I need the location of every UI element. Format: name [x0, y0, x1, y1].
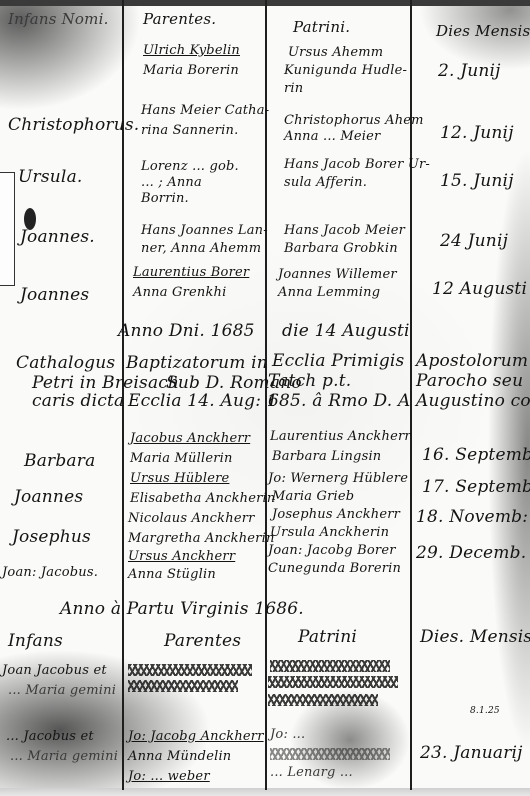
godparent-line: ... Lenarg ...	[270, 766, 353, 780]
godparent-line: Anna Lemming	[278, 286, 380, 300]
parent-line: Jacobus Anckherr	[130, 432, 250, 446]
parent-line: Nicolaus Anckherr	[128, 512, 255, 526]
parent-line: ner, Anna Ahemm	[141, 242, 261, 256]
child-name: ... Jacobus et	[6, 730, 94, 744]
godparent-line: Hans Jacob Meier	[284, 224, 405, 238]
child-name: Ursula.	[18, 168, 83, 186]
child-name: Josephus	[12, 528, 91, 546]
godparent-line: rin	[284, 82, 303, 96]
heading-fragment: Augustino consti	[416, 392, 530, 410]
struck-out-text	[128, 664, 252, 676]
header-date: Dies Mensis	[436, 24, 530, 38]
godparent-line: Joan: Jacobg Borer	[268, 544, 396, 558]
date-line: 15. Junij	[440, 172, 514, 190]
child-name: Joannes	[20, 286, 89, 304]
child-name: ... Maria gemini	[10, 750, 118, 764]
date-line: 29. Decemb.	[416, 544, 526, 562]
parent-line: Maria Borerin	[143, 64, 239, 78]
heading-fragment: Apostolorum S.	[416, 352, 530, 370]
struck-out-text	[270, 660, 390, 672]
godparent-line: Maria Grieb	[272, 490, 354, 504]
date-line: 12. Junij	[440, 124, 514, 142]
header-parents: Parentes.	[143, 12, 216, 26]
godparent-line: Christophorus Ahem	[284, 114, 424, 128]
smudged-text	[270, 748, 390, 760]
parent-line: Ursus Hüblere	[130, 472, 229, 486]
heading-fragment: Baptizatorum in	[126, 354, 268, 372]
godparent-line: Barbara Lingsin	[272, 450, 381, 464]
date-line: 2. Junij	[438, 62, 501, 80]
child-name: Barbara	[24, 452, 95, 470]
godparent-line: Jo: Wernerg Hüblere	[268, 472, 408, 486]
child-name: Joan: Jacobus.	[2, 566, 98, 580]
godparent-line: Ursus Ahemm	[288, 46, 383, 60]
parent-line: rina Sannerin.	[141, 124, 238, 138]
date-line: 24 Junij	[440, 232, 508, 250]
parent-line: Lorenz ... gob.	[141, 160, 239, 174]
godparent-line: Cunegunda Borerin	[268, 562, 401, 576]
godparent-line: Hans Jacob Borer Ur-	[284, 158, 430, 172]
child-name: Joannes	[14, 488, 83, 506]
heading-fragment: Parocho seu	[416, 372, 523, 390]
margin-note: 8.1.25	[470, 704, 500, 718]
parent-line: Anna Stüglin	[128, 568, 216, 582]
heading-year: Anno Dni. 1685	[118, 322, 255, 340]
godparent-line: Barbara Grobkin	[284, 242, 398, 256]
parent-line: Elisabetha Anckherin	[130, 492, 275, 506]
heading-fragment: Ecclia Primigis	[272, 352, 404, 370]
heading-fragment: Petri in Breisach	[32, 374, 179, 392]
parent-line: Ulrich Kybelin	[143, 44, 240, 58]
struck-out-text	[128, 680, 238, 692]
parent-line: Hans Joannes Lan-	[141, 224, 268, 238]
parent-line: Laurentius Borer	[133, 266, 249, 280]
parent-line: ... ; Anna	[141, 176, 202, 190]
godparent-line: Ursula Anckherin	[270, 526, 389, 540]
heading-fragment: caris dicta	[32, 392, 124, 410]
header-godparents: Patrini	[298, 628, 357, 646]
parent-line: Margretha Anckherin	[128, 532, 275, 546]
godparent-line: Josephus Anckherr	[272, 508, 400, 522]
date-line: 18. Novemb:	[416, 508, 528, 526]
child-name: Christophorus.	[8, 116, 139, 134]
header-date: Dies. Mensis	[420, 628, 530, 646]
child-name: ... Maria gemini	[8, 684, 116, 698]
margin-tab	[0, 172, 15, 286]
struck-out-text	[268, 676, 398, 688]
parent-line: Anna Mündelin	[128, 750, 231, 764]
parent-line: Borrin.	[141, 192, 189, 206]
godparent-line: sula Afferin.	[284, 176, 367, 190]
header-parents: Parentes	[164, 632, 241, 650]
heading-fragment: Tatch p.t.	[268, 372, 351, 390]
heading-fragment: 685. â Rmo D. A	[268, 392, 410, 410]
godparent-line: Anna ... Meier	[284, 130, 380, 144]
date-line: 16. Septemb.	[422, 446, 530, 464]
parent-line: Hans Meier Catha-	[141, 104, 269, 118]
heading-fragment: Ecclia 14. Aug: 1	[128, 392, 278, 410]
child-name: Joan Jacobus et	[2, 664, 107, 678]
godparent-line: Laurentius Anckherr	[270, 430, 411, 444]
date-line: 17. Septemb.	[422, 478, 530, 496]
child-name: Joannes.	[20, 228, 95, 246]
header-godparents: Patrini.	[293, 20, 350, 34]
godparent-line: Joannes Willemer	[278, 268, 397, 282]
header-child: Infans Nomi.	[8, 12, 109, 26]
heading-date: die 14 Augusti	[282, 322, 410, 340]
register-page: Infans Nomi. Parentes. Patrini. Dies Men…	[0, 0, 530, 796]
parent-line: Ursus Anckherr	[128, 550, 235, 564]
godparent-line: Kunigunda Hudle-	[284, 64, 407, 78]
parent-line: Jo: Jacobg Anckherr	[128, 730, 264, 744]
parent-line: Anna Grenkhi	[133, 286, 227, 300]
heading-fragment: Cathalogus	[16, 354, 115, 372]
date-line: 23. Januarij	[420, 744, 523, 762]
parent-line: Maria Müllerin	[130, 452, 233, 466]
section3-heading: Anno à Partu Virginis 1686.	[60, 600, 304, 618]
parent-line: Jo: ... weber	[128, 770, 210, 784]
date-line: 12 Augusti	[432, 280, 527, 298]
godparent-line: Jo: ...	[270, 728, 305, 742]
header-child: Infans	[8, 632, 63, 650]
struck-out-text	[268, 694, 378, 706]
